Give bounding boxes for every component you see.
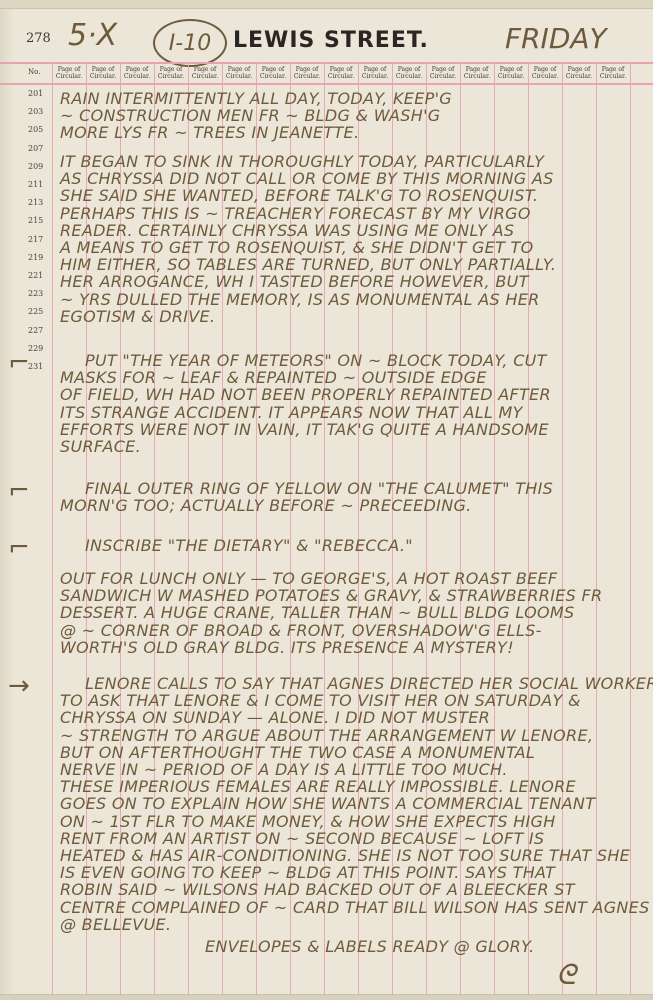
entry-line: EFFORTS WERE NOT IN VAIN, IT TAK'G QUITE… — [60, 421, 549, 438]
margin-mark-icon: → — [8, 671, 30, 701]
entry-line: ITS STRANGE ACCIDENT. IT APPEARS NOW THA… — [60, 404, 523, 421]
row-number: 231 — [28, 362, 52, 371]
entry-line: GOES ON TO EXPLAIN HOW SHE WANTS A COMME… — [60, 795, 595, 812]
entry-line: LENORE CALLS TO SAY THAT AGNES DIRECTED … — [85, 675, 653, 692]
entry-line: MASKS FOR ~ LEAF & REPAINTED ~ OUTSIDE E… — [60, 369, 487, 386]
column-header-page-of-circular: Page of Circular. — [52, 66, 86, 80]
entry-line: CENTRE COMPLAINED OF ~ CARD THAT BILL WI… — [60, 899, 650, 916]
entry-line: MORN'G TOO; ACTUALLY BEFORE ~ PRECEEDING… — [60, 497, 472, 514]
margin-mark-icon: ⌐ — [8, 476, 30, 506]
column-header-page-of-circular: Page of Circular. — [562, 66, 596, 80]
row-number: 215 — [28, 216, 52, 225]
row-number: 209 — [28, 162, 52, 171]
column-header-page-of-circular: Page of Circular. — [256, 66, 290, 80]
entry-line: IT BEGAN TO SINK IN THOROUGHLY TODAY, PA… — [60, 153, 544, 170]
column-header-page-of-circular: Page of Circular. — [358, 66, 392, 80]
handwritten-circled-range: I-10 — [153, 19, 227, 67]
row-number: 223 — [28, 289, 52, 298]
column-rule — [630, 62, 631, 994]
entry-line: SURFACE. — [60, 438, 141, 455]
row-number: 219 — [28, 253, 52, 262]
column-header-page-of-circular: Page of Circular. — [460, 66, 494, 80]
entry-line: IS EVEN GOING TO KEEP ~ BLDG AT THIS POI… — [60, 864, 555, 881]
entry-line: PERHAPS THIS IS ~ TREACHERY FORECAST BY … — [60, 205, 531, 222]
entry-line: BUT ON AFTERTHOUGHT THE TWO CASE A MONUM… — [60, 744, 535, 761]
row-number: 221 — [28, 271, 52, 280]
margin-mark-icon: ⌐ — [8, 533, 30, 563]
entry-line: RENT FROM AN ARTIST ON ~ SECOND BECAUSE … — [60, 830, 544, 847]
entry-line: ENVELOPES & LABELS READY @ GLORY. — [205, 938, 534, 955]
entry-line: HER ARROGANCE, WH I TASTED BEFORE HOWEVE… — [60, 273, 529, 290]
page-number: 278 — [26, 31, 51, 46]
column-header-page-of-circular: Page of Circular. — [222, 66, 256, 80]
entry-line: ON ~ 1ST FLR TO MAKE MONEY, & HOW SHE EX… — [60, 813, 556, 830]
row-number: 217 — [28, 235, 52, 244]
circled-text: I-10 — [169, 31, 211, 56]
entry-line: @ ~ CORNER OF BROAD & FRONT, OVERSHADOW'… — [60, 622, 542, 639]
margin-mark-icon: ⌐ — [8, 348, 30, 378]
row-number: 203 — [28, 107, 52, 116]
row-number: 225 — [28, 307, 52, 316]
entry-line: HIM EITHER, SO TABLES ARE TURNED, BUT ON… — [60, 256, 556, 273]
column-header-page-of-circular: Page of Circular. — [324, 66, 358, 80]
entry-line: DESSERT. A HUGE CRANE, TALLER THAN ~ BUL… — [60, 604, 574, 621]
ledger-page: 278 5·X I-10 LEWIS STREET. FRIDAY No. Pa… — [0, 0, 653, 1000]
entry-line: TO ASK THAT LENORE & I COME TO VISIT HER… — [60, 692, 581, 709]
column-header-page-of-circular: Page of Circular. — [596, 66, 630, 80]
column-header-page-of-circular: Page of Circular. — [120, 66, 154, 80]
entry-line: RAIN INTERMITTENTLY ALL DAY, TODAY, KEEP… — [60, 90, 452, 107]
column-header-page-of-circular: Page of Circular. — [86, 66, 120, 80]
entry-line: SHE SAID SHE WANTED, BEFORE TALK'G TO RO… — [60, 187, 538, 204]
row-number: 227 — [28, 326, 52, 335]
row-number: 201 — [28, 89, 52, 98]
header-rule-top — [0, 62, 653, 64]
column-header-page-of-circular: Page of Circular. — [392, 66, 426, 80]
handwritten-date: 5·X — [68, 18, 117, 53]
entry-line: ROBIN SAID ~ WILSONS HAD BACKED OUT OF A… — [60, 881, 575, 898]
column-header-page-of-circular: Page of Circular. — [290, 66, 324, 80]
entry-line: PUT "THE YEAR OF METEORS" ON ~ BLOCK TOD… — [85, 352, 547, 369]
signature-mark: ᘓ — [556, 958, 576, 992]
entry-line: MORE LYS FR ~ TREES IN JEANETTE. — [60, 124, 359, 141]
entry-line: NERVE IN ~ PERIOD OF A DAY IS A LITTLE T… — [60, 761, 508, 778]
entry-line: OF FIELD, WH HAD NOT BEEN PROPERLY REPAI… — [60, 386, 551, 403]
header-rule-bottom — [0, 83, 653, 85]
entry-line: @ BELLEVUE. — [60, 916, 171, 933]
column-header-no: No. — [28, 68, 40, 76]
column-header-page-of-circular: Page of Circular. — [494, 66, 528, 80]
row-number: 205 — [28, 125, 52, 134]
row-number: 213 — [28, 198, 52, 207]
column-header-page-of-circular: Page of Circular. — [154, 66, 188, 80]
entry-line: INSCRIBE "THE DIETARY" & "REBECCA." — [85, 537, 413, 554]
entry-line: WORTH'S OLD GRAY BLDG. ITS PRESENCE A MY… — [60, 639, 514, 656]
entry-line: OUT FOR LUNCH ONLY — TO GEORGE'S, A HOT … — [60, 570, 557, 587]
entry-line: CHRYSSA ON SUNDAY — ALONE. I DID NOT MUS… — [60, 709, 490, 726]
entry-line: FINAL OUTER RING OF YELLOW ON "THE CALUM… — [85, 480, 553, 497]
column-rule-left — [52, 62, 53, 994]
row-number: 229 — [28, 344, 52, 353]
entry-line: ~ YRS DULLED THE MEMORY, IS AS MONUMENTA… — [60, 291, 540, 308]
entry-line: SANDWICH W MASHED POTATOES & GRAVY, & ST… — [60, 587, 602, 604]
entry-line: READER. CERTAINLY CHRYSSA WAS USING ME O… — [60, 222, 514, 239]
printed-title: LEWIS STREET. — [233, 28, 429, 53]
column-header-page-of-circular: Page of Circular. — [426, 66, 460, 80]
entry-line: THESE IMPERIOUS FEMALES ARE REALLY IMPOS… — [60, 778, 576, 795]
handwritten-day: FRIDAY — [505, 22, 607, 55]
row-number: 211 — [28, 180, 52, 189]
entry-line: A MEANS TO GET TO ROSENQUIST, & SHE DIDN… — [60, 239, 534, 256]
column-header-page-of-circular: Page of Circular. — [528, 66, 562, 80]
entry-line: AS CHRYSSA DID NOT CALL OR COME BY THIS … — [60, 170, 554, 187]
row-number: 207 — [28, 144, 52, 153]
entry-line: HEATED & HAS AIR-CONDITIONING. SHE IS NO… — [60, 847, 630, 864]
entry-line: ~ STRENGTH TO ARGUE ABOUT THE ARRANGEMEN… — [60, 727, 593, 744]
entry-line: ~ CONSTRUCTION MEN FR ~ BLDG & WASH'G — [60, 107, 440, 124]
page-bottom-edge — [0, 994, 653, 1000]
page-top-edge — [0, 0, 653, 9]
column-header-page-of-circular: Page of Circular. — [188, 66, 222, 80]
entry-line: EGOTISM & DRIVE. — [60, 308, 215, 325]
